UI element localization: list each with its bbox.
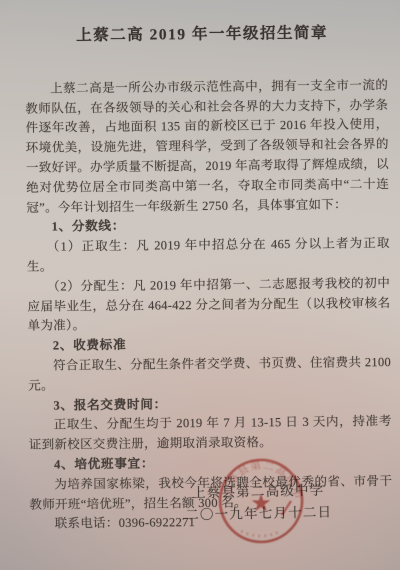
signature-date: 二〇一九年七月十二日	[185, 501, 332, 526]
section-1-item-1: （1）正取生：凡 2019 年中招总分在 465 分以上者为正取生。	[27, 234, 390, 277]
intro-paragraph: 上蔡二高是一所公办市级示范性高中，拥有一支全市一流的教师队伍，在各级领导的关心和…	[25, 76, 389, 218]
document-photo: 上蔡二高 2019 年一年级招生简章 上蔡二高是一所公办市级示范性高中，拥有一支…	[0, 0, 400, 570]
signature-block: 上蔡县第二高级中学 二〇一九年七月十二日	[185, 479, 333, 526]
page-title: 上蔡二高 2019 年一年级招生简章	[24, 23, 387, 47]
section-1-item-2: （2）分配生：凡 2019 年中招第一、二志愿报考我校的初中应届毕业生，总分在 …	[27, 274, 391, 337]
signature-school-name: 上蔡县第二高级中学	[185, 479, 332, 504]
section-3-item-1: 正取生、分配生均于 2019 年 7 月 13-15 日 3 天内，持准考证到新…	[29, 412, 392, 455]
document-content: 上蔡二高 2019 年一年级招生简章 上蔡二高是一所公办市级示范性高中，拥有一支…	[0, 0, 400, 535]
section-2-item-1: 符合正取生、分配生条件者交学费、书页费、住宿费共 2100 元。	[28, 353, 391, 396]
